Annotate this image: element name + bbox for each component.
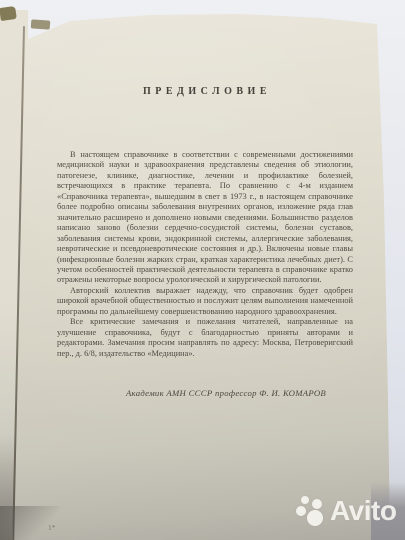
book-photo: ПРЕДИСЛОВИЕ В настоящем справочнике в со… (0, 0, 405, 540)
printing-signature-mark: 1* (48, 523, 56, 532)
avito-watermark: Avito (295, 494, 396, 527)
page-content: ПРЕДИСЛОВИЕ В настоящем справочнике в со… (0, 0, 405, 540)
avito-dot-icon (296, 506, 306, 516)
avito-dot-icon (312, 499, 322, 509)
author-signature: Академик АМН СССР профессор Ф. И. КОМАРО… (57, 388, 353, 398)
avito-wordmark: Avito (330, 494, 396, 527)
avito-dot-icon (307, 510, 323, 526)
preface-paragraph: Все критические замечания и пожелания чи… (57, 317, 353, 359)
preface-paragraph: В настоящем справочнике в соответствии с… (57, 150, 353, 286)
avito-logo-icon (295, 494, 326, 527)
avito-dot-icon (301, 496, 309, 504)
preface-body: В настоящем справочнике в соответствии с… (57, 150, 353, 359)
preface-title: ПРЕДИСЛОВИЕ (57, 86, 357, 97)
preface-paragraph: Авторский коллектив выражает надежду, чт… (57, 286, 353, 317)
